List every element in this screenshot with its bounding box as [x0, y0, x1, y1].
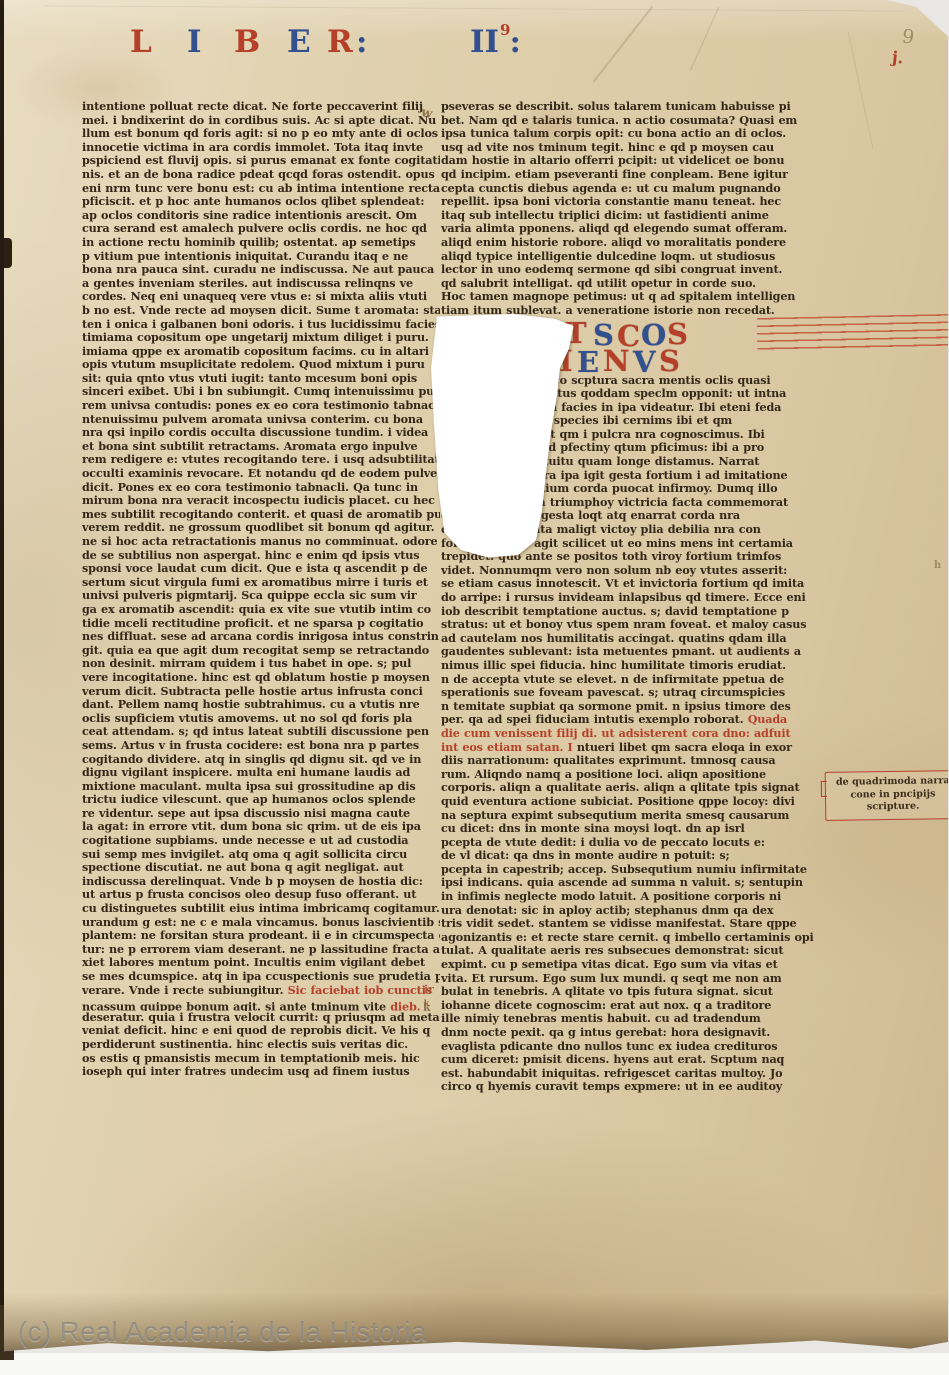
- rubric-text: dieb.: [390, 1000, 420, 1011]
- manuscript-line: nra qsi inpilo cordis occulta discussion…: [82, 426, 440, 440]
- body-text: imiama qppe ex aromatib copositum facims…: [82, 345, 440, 358]
- title-letter: :: [356, 24, 367, 60]
- body-text: pcepta de vtute dedit: i dulia vo de pec…: [441, 836, 765, 849]
- manuscript-line: llum est bonum qd foris agit: si no p eo…: [82, 127, 440, 141]
- manuscript-line: n temitate supbiat qa sormone pmit. n ip…: [441, 700, 819, 714]
- manuscript-line: oclis supficiem vtutis amovems. ut no so…: [82, 712, 440, 726]
- body-text: ad cautelam nos humilitatis accingat. qu…: [441, 632, 786, 645]
- body-text: legentium nobis intus qoddam speclm oppo…: [441, 387, 786, 400]
- body-text: p vitium pue intentionis iniquitat. Cura…: [82, 250, 408, 263]
- body-text: tidie mceli rectitudine proficit. et ne …: [82, 617, 423, 630]
- manuscript-line: ut artus p frusta concisos oleo desup fu…: [82, 888, 440, 902]
- body-text: n temitate supbiat qa sormone pmit. n ip…: [441, 700, 791, 713]
- manuscript-line: univsi pulveris pigmtarij. Sca quippe ec…: [82, 589, 440, 603]
- manuscript-line: verem reddit. ne grossum quodlibet sit b…: [82, 521, 440, 535]
- body-text: n de accepta vtute se elevet. n de infir…: [441, 673, 784, 686]
- body-text: ga ex aromatib ascendit: quia ex vite su…: [82, 603, 431, 616]
- body-text: aliqd typice intelligentie dulcedine loq…: [441, 250, 775, 263]
- manuscript-line: aliqd enim historie robore. aliqd vo mor…: [441, 236, 819, 250]
- body-text: gaudentes sublevant: ista metuentes pman…: [441, 645, 801, 658]
- manuscript-line: dam hostie in altario offerri pcipit: ut…: [441, 154, 819, 168]
- manuscript-line: tiam itum sublevat. a veneratione istori…: [441, 304, 819, 318]
- rubric-text: Sic faciebat iob cunctis: [288, 984, 432, 997]
- manuscript-line: mixtione maculant. multa ipsa sui grossi…: [82, 780, 440, 794]
- title-letter: R: [327, 24, 353, 60]
- body-text: expimt. cu p semetipa vitas dicat. Ego s…: [441, 958, 778, 971]
- manuscript-line: et bona sint subtilit retractams. Aromat…: [82, 440, 440, 454]
- body-text: cordes. Neq eni unaqueq vere vtus e: si …: [82, 290, 427, 303]
- manuscript-line: rem univsa contudis: pones ex eo cora te…: [82, 399, 440, 413]
- manuscript-line: cepta cunctis diebus agenda e: ut cu mal…: [441, 182, 819, 196]
- manuscript-line: pcepta de vtute dedit: i dulia vo de pec…: [441, 836, 819, 850]
- body-text: sponsi voce laudat cum dicit. Que e ista…: [82, 562, 427, 575]
- body-text: videt. Nonnumqm vero non solum nb eoy vt…: [441, 564, 787, 577]
- manuscript-line: sentims quantu ad pfectiny qtum pficimus…: [441, 441, 819, 455]
- body-text: et bona sint subtilit retractams. Aromat…: [82, 440, 417, 453]
- manuscript-line: cum diceret: pmisit dicens. hyens aut er…: [441, 1053, 819, 1067]
- body-text: do arripe: i rursus invideam inlapsibus …: [441, 591, 806, 604]
- manuscript-line: cura serand est amalech pulvere oclis co…: [82, 222, 440, 236]
- manuscript-line: ergo scptura sacra ipa igit gesta fortiu…: [441, 469, 819, 483]
- body-text: bet. Nam qd e talaris tunica. n actio co…: [441, 114, 797, 127]
- body-text: fortat. atq hoc agit scilicet ut eo mins…: [441, 537, 793, 550]
- body-text: est. habundabit iniquitas. refrigescet c…: [441, 1067, 782, 1080]
- body-text: ntueri libet qm sacra eloqa in exor: [577, 741, 792, 754]
- body-text: varia alimta pponens. aliqd qd elegendo …: [441, 222, 787, 235]
- body-text: corporis. aliqn a qualitate aeris. aliqn…: [441, 781, 800, 794]
- body-text: rum. Aliqndo namq a positione loci. aliq…: [441, 768, 766, 781]
- manuscript-line: ille nimiy tenebras mentis habuit. cu ad…: [441, 1012, 819, 1026]
- display-initial-letter: S: [659, 344, 680, 378]
- title-letter: I: [187, 24, 202, 60]
- manuscript-line: itaq sub intellectu triplici dicim: ut f…: [441, 209, 819, 223]
- numeral-superscript: 9: [500, 21, 510, 39]
- manuscript-line: cogitatione supbiams. unde necesse e ut …: [82, 834, 440, 848]
- manuscript-line: se mes dcumspice. atq in ipa ccuspection…: [82, 970, 440, 984]
- body-text: ergo scptura sacra ipa igit gesta fortiu…: [441, 469, 787, 482]
- body-text: eni nrm tunc vere bonu est: cu ab intima…: [82, 182, 440, 195]
- body-text: ten i onica i galbanen boni odoris. i tu…: [82, 318, 440, 331]
- body-text: iohanne dicete cognoscim: erat aut nox. …: [441, 999, 771, 1012]
- body-text: se etiam casus innotescit. Vt et invicto…: [441, 577, 804, 590]
- body-text: opis vtutum msuplicitate redolem. Quod m…: [82, 358, 425, 371]
- body-text: ne si hoc acta retractationis manus no c…: [82, 535, 438, 548]
- body-text: oclis supficiem vtutis amovems. ut no so…: [82, 712, 412, 725]
- manuscript-line: provocat audientium corda puocat infirmo…: [441, 482, 819, 496]
- manuscript-line: do arripe: i rursus invideam inlapsibus …: [441, 591, 819, 605]
- rubric-text: Quada: [748, 713, 787, 726]
- margin-note: de quadrimoda narra cone in pncipijs scr…: [825, 770, 949, 820]
- rubric-text: die cum venissent filij di. ut adsistere…: [441, 727, 791, 740]
- body-text: nimus illic spei fiducia. hinc humilitat…: [441, 659, 786, 672]
- manuscript-line: in infimis neglecte modo latuit. A posit…: [441, 890, 819, 904]
- manuscript-line: perdiderunt sustinentia. hinc electis su…: [82, 1038, 440, 1052]
- manuscript-line: tris vidit sedet. stantem se vidisse man…: [441, 917, 819, 931]
- manuscript-line: Vos estis q pmansistis mecum in temptati…: [82, 1052, 440, 1066]
- rubric-line-filler: [757, 314, 949, 350]
- manuscript-line: Incassum quippe bonum agit. si ante tmin…: [82, 997, 440, 1011]
- folio-red-mark: j.: [891, 47, 904, 67]
- manuscript-line: agonizantis e: et recte stare cernit. q …: [441, 931, 819, 945]
- body-text: llum est bonum qd foris agit: si no p eo…: [82, 127, 438, 140]
- manuscript-line: cogitando dividere. atq in singlis qd di…: [82, 753, 440, 767]
- manuscript-line: sperationis sue foveam pavescat. s; utra…: [441, 686, 819, 700]
- body-text: non desinit. mirram quidem i tus habet i…: [82, 657, 411, 670]
- body-text: qlis sit anime nre species ibi cernims i…: [441, 414, 732, 427]
- manuscript-line: ipsi indicans. quia ascende ad summa n v…: [441, 876, 819, 890]
- manuscript-line: nra in ea qsi qdam facies in ipa videatu…: [441, 401, 819, 415]
- manuscript-line: qd incipim. etiam pseveranti fine conple…: [441, 168, 819, 182]
- body-text: mei. i bndixerint do in cordibus suis. A…: [82, 114, 436, 127]
- display-initial-letter: N: [603, 344, 629, 378]
- manuscript-line: na septura expimt subsequtium merita sme…: [441, 809, 819, 823]
- body-text: circo q hyemis curavit temps expmere: ut…: [441, 1080, 782, 1093]
- body-text: trictu iudice vilescunt. que ap humanos …: [82, 793, 415, 806]
- manuscript-line: Timiama qppe ex aromatib copositum facim…: [82, 345, 440, 359]
- body-text: tiam itum sublevat. a veneratione istori…: [441, 304, 775, 317]
- manuscript-line: deseratur. quia i frustra velocit currit…: [82, 1011, 440, 1025]
- manuscript-line: Curandum g est: ne c e mala vincamus. bo…: [82, 916, 440, 930]
- running-title: LIBER: II9:: [4, 24, 949, 68]
- manuscript-line: bulat in tenebris. A qlitate vo tpis fut…: [441, 985, 819, 999]
- manuscript-line: est. habundabit iniquitas. refrigescet c…: [441, 1067, 819, 1081]
- manuscript-line: re videntur. sepe aut ipsa discussio nis…: [82, 807, 440, 821]
- manuscript-line: sui semp mes invigilet. atq oma q agit s…: [82, 848, 440, 862]
- text-column-right: pseveras se describit. solus talarem tun…: [441, 100, 819, 1094]
- rubric-text: I: [567, 741, 576, 754]
- crease-line: [44, 5, 904, 11]
- manuscript-line: rum certaminum triumphoy victricia facta…: [441, 496, 819, 510]
- body-text: qd nimiy in hoc loco scptura sacra menti…: [441, 374, 771, 387]
- rubric-text: int eos etiam satan.: [441, 741, 567, 754]
- body-text: de se subtilius non aspergat. hinc e eni…: [82, 549, 419, 562]
- manuscript-line: tur: ne p errorem viam deserant. ne p la…: [82, 943, 440, 957]
- manuscript-line: pseveras se describit. solus talarem tun…: [441, 100, 819, 114]
- manuscript-line: cordes. Neq eni unaqueq vere vtus e: si …: [82, 290, 440, 304]
- body-text: nra qsi inpilo cordis occulta discussion…: [82, 426, 428, 439]
- body-text: cogitando dividere. atq in singlis qd di…: [82, 753, 421, 766]
- display-initial-letter: I: [559, 344, 572, 378]
- manuscript-line: sinceri exibet. Ubi i bn subiungit. Cumq…: [82, 385, 440, 399]
- body-text: ura denotat: sic in aploy actib; stephan…: [441, 904, 773, 917]
- manuscript-line: rum. Aliqndo namq a positione loci. aliq…: [441, 768, 819, 782]
- manuscript-line: ura denotat: sic in aploy actib; stephan…: [441, 904, 819, 918]
- body-text: fectu nro ipso intuitu quam longe distam…: [441, 455, 759, 468]
- manuscript-line: circo q hyemis curavit temps expmere: ut…: [441, 1080, 819, 1094]
- body-text: simus turpia ibi et qm i pulcra nra cogn…: [441, 428, 765, 441]
- body-text: deseratur. quia i frustra velocit currit…: [82, 1011, 440, 1024]
- body-text: cogitatione supbiams. unde necesse e ut …: [82, 834, 408, 847]
- body-text: in infimis neglecte modo latuit. A posit…: [441, 890, 781, 903]
- manuscript-line: gaudentes sublevant: ista metuentes pman…: [441, 645, 819, 659]
- body-text: spectione discutiat. ne aut bona q agit …: [82, 861, 403, 874]
- body-text: Hoc tamen magnope petimus: ut q ad spita…: [441, 290, 795, 303]
- manuscript-line: int eos etiam satan. I ntueri libet qm s…: [441, 741, 819, 755]
- copyright-watermark: (c) Real Academia de la Historia: [18, 1316, 427, 1348]
- manuscript-line: contra temptamta maligt victoy plia debi…: [441, 523, 819, 537]
- body-text: git. quia ea que agit dum recogitat semp…: [82, 644, 429, 657]
- body-text: stratus: ut et bonoy vtus spem nram fove…: [441, 618, 806, 631]
- text-column-left: intentione polluat recte dicat. Ne forte…: [82, 100, 440, 1079]
- body-text: la agat: in errore vtit. dum bona sic qr…: [82, 820, 421, 833]
- body-text: cepta cunctis diebus agenda e: ut cu mal…: [441, 182, 781, 195]
- manuscript-line: fortat. atq hoc agit scilicet ut eo mins…: [441, 537, 819, 551]
- body-text: verare. Vnde i recte subiungitur.: [82, 984, 288, 997]
- body-text: sinceri exibet. Ubi i bn subiungit. Cumq…: [82, 385, 440, 398]
- manuscript-line: expimt. cu p semetipa vitas dicat. Ego s…: [441, 958, 819, 972]
- manuscript-line: non desinit. mirram quidem i tus habet i…: [82, 657, 440, 671]
- margin-squiggle: ir: [424, 983, 434, 996]
- body-text: innocetie victima in ara cordis immolet.…: [82, 141, 423, 154]
- body-text: ipsa tunica talum corpis opit: cu bona a…: [441, 127, 786, 140]
- manuscript-line: aliqd typice intelligentie dulcedine loq…: [441, 250, 819, 264]
- manuscript-line: ceat attendam. s; qd intus lateat subtil…: [82, 725, 440, 739]
- body-text: intentione polluat recte dicat. Ne forte…: [82, 100, 423, 113]
- body-text: diis narrationum: qualitates exprimunt. …: [441, 754, 775, 767]
- manuscript-line: usq ad vite nos tminum tegit. hinc e qd …: [441, 141, 819, 155]
- manuscript-line: sponsi voce laudat cum dicit. Que e ista…: [82, 562, 440, 576]
- manuscript-line: veniat deficit. hinc e eni quod de repro…: [82, 1024, 440, 1038]
- manuscript-line: xiet labores mentum point. Incultis enim…: [82, 956, 440, 970]
- manuscript-line: timiama copositum ope ungetarij mixtum d…: [82, 331, 440, 345]
- manuscript-line: legentium nobis intus qoddam speclm oppo…: [441, 387, 819, 401]
- body-text: sertum sicut virgula fumi ex aromatibus …: [82, 576, 428, 589]
- manuscript-line: mirum bona nra veracit incospectu iudici…: [82, 494, 440, 508]
- manuscript-line: cu distinguetes subtilit eius intima imb…: [82, 902, 440, 916]
- manuscript-line: plantem: ne forsitan stura prodeant. ii …: [82, 929, 440, 943]
- body-text: nis. et an de bona radice pdeat qcqd for…: [82, 168, 435, 181]
- body-text: pspiciend est fluvij opis. si purus eman…: [82, 154, 440, 167]
- body-text: vita. Et rursum. Ego sum lux mundi. q se…: [441, 972, 782, 985]
- manuscript-line: dicit. Pones ex eo cora testimonio tabna…: [82, 481, 440, 495]
- manuscript-line: ad cautelam nos humilitatis accingat. qu…: [441, 632, 819, 646]
- body-text: usq ad vite nos tminum tegit. hinc e qd …: [441, 141, 774, 154]
- manuscript-line: intentione polluat recte dicat. Ne forte…: [82, 100, 440, 114]
- body-text: pcepta in capestrib; accep. Subsequtium …: [441, 863, 807, 876]
- manuscript-line: ga ex aromatib ascendit: quia ex vite su…: [82, 603, 440, 617]
- body-text: agonizantis e: et recte stare cernit. q …: [441, 931, 814, 944]
- body-text: repellit. ipsa boni victoria constantie …: [441, 195, 781, 208]
- manuscript-line: corporis. aliqn a qualitate aeris. aliqn…: [441, 781, 819, 795]
- body-text: pseveras se describit. solus talarem tun…: [441, 100, 791, 113]
- manuscript-line: cu dicet: dns in monte sina moysi loqt. …: [441, 822, 819, 836]
- body-text: ut artus p frusta concisos oleo desup fu…: [82, 888, 416, 901]
- body-text: lector in uno eodemq sermone qd sibi con…: [441, 263, 782, 276]
- body-text: cu dicet: dns in monte sina moysi loqt. …: [441, 822, 745, 835]
- body-text: qd incipim. etiam pseveranti fine conple…: [441, 168, 788, 181]
- ink-blot-edge: [4, 238, 12, 268]
- body-text: cura serand est amalech pulvere oclis co…: [82, 222, 427, 235]
- manuscript-line: rem redigere e: vtutes recogitando tere.…: [82, 453, 440, 467]
- body-text: evaglista pdicante dno nullos tunc ex iu…: [441, 1040, 777, 1053]
- manuscript-line: la agat: in errore vtit. dum bona sic qr…: [82, 820, 440, 834]
- manuscript-line: trepidet. quo ante se positos toth viroy…: [441, 550, 819, 564]
- body-text: aliqd enim historie robore. aliqd vo mor…: [441, 236, 786, 249]
- body-text: dant. Pellem namq hostie subtrahimus. cu…: [82, 698, 420, 711]
- body-text: rem redigere e: vtutes recogitando tere.…: [82, 453, 440, 466]
- body-text: ille nimiy tenebras mentis habuit. cu ad…: [441, 1012, 761, 1025]
- body-text: itaq sub intellectu triplici dicim: ut f…: [441, 209, 769, 222]
- manuscript-line: videt. Nonnumqm vero non solum nb eoy vt…: [441, 564, 819, 578]
- body-text: pficiscit. et p hoc ante humanos oclos q…: [82, 195, 424, 208]
- manuscript-line: Hoc tamen magnope petimus: ut q ad spita…: [441, 290, 819, 304]
- manuscript-line: trictu iudice vilescunt. que ap humanos …: [82, 793, 440, 807]
- manuscript-line: die cum venissent filij di. ut adsistere…: [441, 727, 819, 741]
- body-text: bona nra pauca sint. curadu ne indiscuss…: [82, 263, 434, 276]
- manuscript-line: diis narrationum: qualitates exprimunt. …: [441, 754, 819, 768]
- manuscript-line: iohanne dicete cognoscim: erat aut nox. …: [441, 999, 819, 1013]
- manuscript-line: spectione discutiat. ne aut bona q agit …: [82, 861, 440, 875]
- body-text: dicit. Pones ex eo cora testimonio tabna…: [82, 481, 418, 494]
- manuscript-line: b no est. Vnde recte ad moysen dicit. Su…: [82, 304, 440, 318]
- manuscript-line: simus turpia ibi et qm i pulcra nra cogn…: [441, 428, 819, 442]
- manuscript-line: ipsa tunica talum corpis opit: cu bona a…: [441, 127, 819, 141]
- manuscript-line: evaglista pdicante dno nullos tunc ex iu…: [441, 1040, 819, 1054]
- scan-background-bottom: [0, 1353, 949, 1375]
- parchment-page: LIBER: II9: 9 j. intentione polluat rect…: [4, 0, 948, 1354]
- manuscript-line: qd nimiy in hoc loco scptura sacra menti…: [441, 374, 819, 388]
- body-text: nes diffluat. sese ad arcana cordis inri…: [82, 630, 439, 643]
- body-text: mixtione maculant. multa ipsa sui grossi…: [82, 780, 415, 793]
- body-text: dum fortia illoy gesta loqt atq enarrat …: [441, 509, 740, 522]
- body-text: cum diceret: pmisit dicens. hyens aut er…: [441, 1053, 784, 1066]
- body-text: mes subtilit recogitando conterit. et qu…: [82, 508, 440, 521]
- body-text: na septura expimt subsequtium merita sme…: [441, 809, 789, 822]
- body-text: re videntur. sepe aut ipsa discussio nis…: [82, 807, 410, 820]
- body-text: veniat deficit. hinc e eni quod de repro…: [82, 1024, 430, 1037]
- manuscript-line: vere incogitatione. hinc est qd oblatum …: [82, 671, 440, 685]
- body-text: quid eventura actione subiciat. Position…: [441, 795, 795, 808]
- manuscript-line: sems. Artus v in frusta cocidere: est bo…: [82, 739, 440, 753]
- manuscript-line: pcepta in capestrib; accep. Subsequtium …: [441, 863, 819, 877]
- book-numeral: II9:: [470, 24, 521, 60]
- manuscript-line: nes diffluat. sese ad arcana cordis inri…: [82, 630, 440, 644]
- manuscript-line: pficiscit. et p hoc ante humanos oclos q…: [82, 195, 440, 209]
- manuscript-line: git. quia ea que agit dum recogitat semp…: [82, 644, 440, 658]
- manuscript-line: ne si hoc acta retractationis manus no c…: [82, 535, 440, 549]
- manuscript-line: sertum sicut virgula fumi ex aromatibus …: [82, 576, 440, 590]
- body-text: sui semp mes invigilet. atq oma q agit s…: [82, 848, 407, 861]
- body-text: se mes dcumspice. atq in ipa ccuspection…: [82, 970, 440, 983]
- margin-note-line: cone in pncipijs: [832, 788, 949, 802]
- manuscript-line: opis vtutum msuplicitate redolem. Quod m…: [82, 358, 440, 372]
- body-text: sperationis sue foveam pavescat. s; utra…: [441, 686, 785, 699]
- body-text: ap oclos conditoris sine radice intentio…: [82, 209, 417, 222]
- manuscript-line: ten i onica i galbanen boni odoris. i tu…: [82, 318, 440, 332]
- manuscript-line: vita. Et rursum. Ego sum lux mundi. q se…: [441, 972, 819, 986]
- body-text: plantem: ne forsitan stura prodeant. ii …: [82, 929, 440, 942]
- manuscript-line: dum fortia illoy gesta loqt atq enarrat …: [441, 509, 819, 523]
- manuscript-line: tulat. A qualitate aeris res subsecues d…: [441, 944, 819, 958]
- manuscript-line: pspiciend est fluvij opis. si purus eman…: [82, 154, 440, 168]
- manuscript-line: varia alimta pponens. aliqd qd elegendo …: [441, 222, 819, 236]
- body-text: dam hostie in altario offerri pcipit: ut…: [441, 154, 784, 167]
- body-text: de vl dicat: qa dns in monte audire n po…: [441, 849, 729, 862]
- manuscript-line: nimus illic spei fiducia. hinc humilitat…: [441, 659, 819, 673]
- body-text: ceat attendam. s; qd intus lateat subtil…: [82, 725, 429, 738]
- body-text: sems. Artus v in frusta cocidere: est bo…: [82, 739, 419, 752]
- title-letter: E: [287, 24, 311, 60]
- body-text: urandum g est: ne c e mala vincamus. bon…: [82, 916, 440, 929]
- margin-squiggle: k: [423, 1001, 431, 1014]
- body-text: rem univsa contudis: pones ex eo cora te…: [82, 399, 440, 412]
- body-text: tris vidit sedet. stantem se vidisse man…: [441, 917, 797, 930]
- manuscript-line: verum dicit. Subtracta pelle hostie artu…: [82, 685, 440, 699]
- body-text: os estis q pmansistis mecum in temptatio…: [82, 1052, 420, 1065]
- manuscript-line: ioseph qui inter fratres undecim usq ad …: [82, 1065, 440, 1079]
- manuscript-line: sit: quia qnto vtus vtuti iugit: tanto m…: [82, 372, 440, 386]
- body-text: bulat in tenebris. A qlitate vo tpis fut…: [441, 985, 773, 998]
- body-text: indiscussa derelinquat. Vnde b p moysen …: [82, 875, 423, 888]
- manuscript-line: mei. i bndixerint do in cordibus suis. A…: [82, 114, 440, 128]
- body-text: timiama copositum ope ungetarij mixtum d…: [82, 331, 429, 344]
- manuscript-line: dnm nocte pexit. qa g intus gerebat: hor…: [441, 1026, 819, 1040]
- body-text: sit: quia qnto vtus vtuti iugit: tanto m…: [82, 372, 417, 385]
- manuscript-line: bet. Nam qd e talaris tunica. n actio co…: [441, 114, 819, 128]
- body-text: ipsi indicans. quia ascende ad summa n v…: [441, 876, 803, 889]
- manuscript-line: dant. Pellem namq hostie subtrahimus. cu…: [82, 698, 440, 712]
- manuscript-line: n de accepta vtute se elevet. n de infir…: [441, 673, 819, 687]
- manuscript-line: verare. Vnde i recte subiungitur. Sic fa…: [82, 984, 440, 998]
- title-letter: L: [130, 24, 152, 60]
- body-text: iob describit temptatione auctus. s; dav…: [441, 605, 789, 618]
- body-text: b no est. Vnde recte ad moysen dicit. Su…: [82, 304, 440, 317]
- body-text: qd salubrit intelligat. qd utilit opetur…: [441, 277, 756, 290]
- manuscript-line: de vl dicat: qa dns in monte audire n po…: [441, 849, 819, 863]
- body-text: ncassum quippe bonum agit. si ante tminu…: [82, 1000, 390, 1011]
- body-text: occulti examinis revocare. Et notandu qd…: [82, 467, 440, 480]
- manuscript-line: quid eventura actione subiciat. Position…: [441, 795, 819, 809]
- manuscript-line: dignu vigilant inspicere. multa eni huma…: [82, 766, 440, 780]
- manuscript-line: fectu nro ipso intuitu quam longe distam…: [441, 455, 819, 469]
- manuscript-line: qlis sit anime nre species ibi cernims i…: [441, 414, 819, 428]
- manuscript-line: mes subtilit recogitando conterit. et qu…: [82, 508, 440, 522]
- body-text: verem reddit. ne grossum quodlibet sit b…: [82, 521, 434, 534]
- margin-note-line: scripture.: [832, 800, 949, 814]
- margin-squiggle: h: [934, 560, 941, 571]
- body-text: contra temptamta maligt victoy plia debi…: [441, 523, 761, 536]
- body-text: cu distinguetes subtilit eius intima imb…: [82, 902, 440, 915]
- body-text: nra in ea qsi qdam facies in ipa videatu…: [441, 401, 781, 414]
- body-text: tur: ne p errorem viam deserant. ne p la…: [82, 943, 440, 956]
- body-text: a gentes inveniam steriles. aut indiscus…: [82, 277, 413, 290]
- body-text: provocat audientium corda puocat infirmo…: [441, 482, 777, 495]
- manuscript-line: per. qa ad spei fiduciam intutis exemplo…: [441, 713, 819, 727]
- body-text: xiet labores mentum point. Incultis enim…: [82, 956, 425, 969]
- manuscript-line: eni nrm tunc vere bonu est: cu ab intima…: [82, 182, 440, 196]
- manuscript-line: tidie mceli rectitudine proficit. et ne …: [82, 617, 440, 631]
- body-text: verum dicit. Subtracta pelle hostie artu…: [82, 685, 423, 698]
- manuscript-line: stratus: ut et bonoy vtus spem nram fove…: [441, 618, 819, 632]
- body-text: ntenuissimu pulvem aromata univsa conter…: [82, 413, 423, 426]
- body-text: trepidet. quo ante se positos toth viroy…: [441, 550, 781, 563]
- manuscript-line: bona nra pauca sint. curadu ne indiscuss…: [82, 263, 440, 277]
- body-text: rum certaminum triumphoy victricia facta…: [441, 496, 788, 509]
- manuscript-line: p vitium pue intentionis iniquitat. Cura…: [82, 250, 440, 264]
- manuscript-line: in actione rectu hominib quilib; ostenta…: [82, 236, 440, 250]
- body-text: per. qa ad spei fiduciam intutis exemplo…: [441, 713, 748, 726]
- manuscript-line: repellit. ipsa boni victoria constantie …: [441, 195, 819, 209]
- title-letter: B: [234, 24, 260, 60]
- body-text: univsi pulveris pigmtarij. Sca quippe ec…: [82, 589, 417, 602]
- manuscript-line: ap oclos conditoris sine radice intentio…: [82, 209, 440, 223]
- manuscript-line: Intenuissimu pulvem aromata univsa conte…: [82, 413, 440, 427]
- manuscript-line: se etiam casus innotescit. Vt et invicto…: [441, 577, 819, 591]
- body-text: ioseph qui inter fratres undecim usq ad …: [82, 1065, 410, 1078]
- body-text: sentims quantu ad pfectiny qtum pficimus…: [441, 441, 764, 454]
- manuscript-line: nis. et an de bona radice pdeat qcqd for…: [82, 168, 440, 182]
- manuscript-line: indiscussa derelinquat. Vnde b p moysen …: [82, 875, 440, 889]
